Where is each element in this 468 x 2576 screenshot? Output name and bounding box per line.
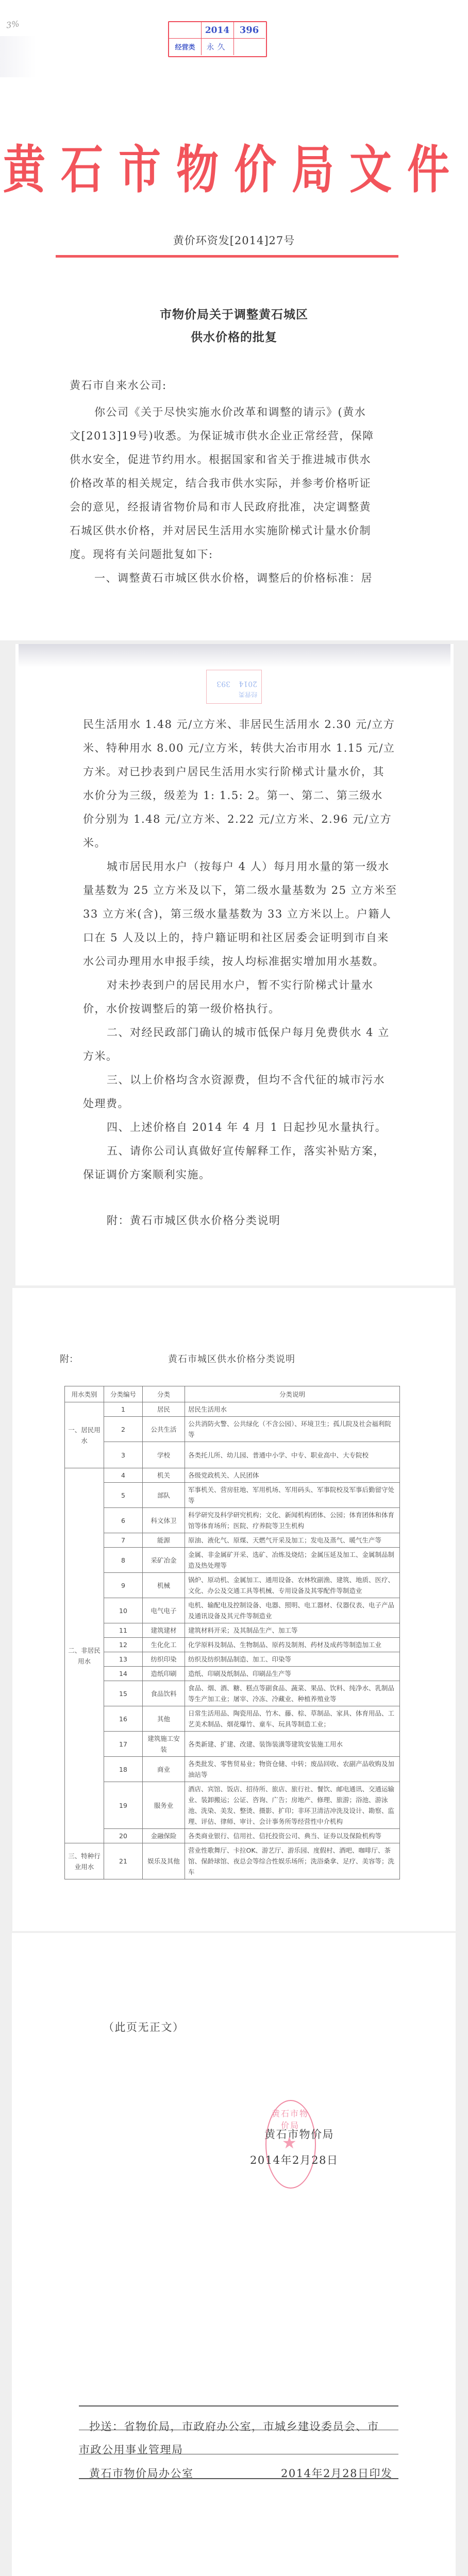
body-line: 价格改革的相关规定，结合我市供水实际，并参考价格听证 bbox=[70, 477, 371, 490]
faded-stamp-category: 经营类 bbox=[239, 690, 257, 699]
class-name: 学校 bbox=[143, 1442, 185, 1468]
class-number: 13 bbox=[104, 1652, 143, 1667]
archive-stamp-number: 396 bbox=[233, 22, 265, 39]
class-name: 部队 bbox=[143, 1483, 185, 1508]
body-line: 方米。 bbox=[83, 1049, 118, 1063]
class-name: 科文体卫 bbox=[143, 1508, 185, 1533]
table-row: 12 生化化工 化学原料及制品、生物制品、原药及制剂、药材及成药等制造加工业 bbox=[65, 1638, 400, 1652]
body-line: 二、对经民政部门确认的城市低保户每月免费供水 4 立 bbox=[107, 1026, 390, 1039]
table-row: 6 科文体卫 科学研究及科学研究机构；文化、新闻机构团体、公园；体育团体和体育馆… bbox=[65, 1508, 400, 1533]
document-page-1: 3% 2014 396 经营类 永久 黄石市物价局文件 黄价环资发[2014]2… bbox=[0, 0, 468, 640]
table-row: 8 采矿冶金 金属、非金属矿开采、选矿、冶炼及烧结；金属压延及加工、金属制品制造… bbox=[65, 1548, 400, 1573]
table-row: 二、非居民用水 4 机关 各级党政机关、人民团体 bbox=[65, 1468, 400, 1483]
class-description: 锅炉、原动机、金属加工、通用设备、农林牧副渔、建筑、地质、医疗、文化、办公及交通… bbox=[185, 1573, 400, 1598]
official-seal: ★ 黄石市物价局 bbox=[265, 2100, 316, 2189]
body-line: 处理费。 bbox=[83, 1097, 129, 1110]
class-number: 3 bbox=[104, 1442, 143, 1468]
class-name: 能源 bbox=[143, 1533, 185, 1548]
body-line: 价，水价按调整后的第一级价格执行。 bbox=[83, 1002, 280, 1015]
archive-stamp-category: 经营类 bbox=[169, 38, 202, 55]
archive-stamp-retention: 永久 bbox=[201, 38, 234, 55]
class-description: 居民生活用水 bbox=[185, 1402, 400, 1417]
class-name: 机关 bbox=[143, 1468, 185, 1483]
table-row: 16 其他 日常生活用品、陶瓷用品、竹木、藤、棕、草制品、家具、体育用品、工艺美… bbox=[65, 1706, 400, 1732]
body-line: 石城区供水价格，并对居民生活用水实施阶梯式计量水价制 bbox=[70, 524, 371, 537]
table-row: 3 学校 各类托儿所、幼儿园、普通中小学、中专、职业高中、大专院校 bbox=[65, 1442, 400, 1468]
table-row: 2 公共生活 公共消防火警、公共绿化（不含公园）、环境卫生；孤儿院及社会福利院等 bbox=[65, 1417, 400, 1442]
archive-stamp-year: 2014 bbox=[201, 22, 234, 39]
table-row: 18 商业 各类批发、零售贸易业；物资仓储、中转；废品回收、农副产品收购及加油站… bbox=[65, 1757, 400, 1782]
annex-label: 附： bbox=[60, 1352, 78, 1365]
salutation: 黄石市自来水公司: bbox=[70, 379, 167, 392]
table-row: 13 纺织印染 纺织及纺织制品制造、加工、印染等 bbox=[65, 1652, 400, 1667]
cc-rule bbox=[79, 2454, 398, 2454]
document-page-3: 附： 黄石市城区供水价格分类说明 用水类别 分类编号 分类 分类说明 一、居民用… bbox=[12, 1288, 456, 1931]
table-header-row: 用水类别 分类编号 分类 分类说明 bbox=[65, 1386, 400, 1402]
class-number: 12 bbox=[104, 1638, 143, 1652]
class-number: 18 bbox=[104, 1757, 143, 1782]
scan-shadow bbox=[19, 644, 450, 667]
document-page-4: （此页无正文） ★ 黄石市物价局 黄石市物价局 2014年2月28日 抄送：省物… bbox=[12, 1933, 456, 2576]
archive-stamp-cell-blank-2 bbox=[233, 38, 265, 55]
class-name: 生化化工 bbox=[143, 1638, 185, 1652]
body-line: 水价分为三级，级差为 1: 1.5: 2。第一、第二、第三级水 bbox=[83, 789, 383, 802]
body-line: 米、特种用水 8.00 元/立方米，转供大冶市用水 1.15 元/立 bbox=[83, 741, 395, 755]
class-description: 化学原料及制品、生物制品、原药及制剂、药材及成药等制造加工业 bbox=[185, 1638, 400, 1652]
class-name: 机械 bbox=[143, 1573, 185, 1598]
table-row: 一、居民用水 1 居民 居民生活用水 bbox=[65, 1402, 400, 1417]
body-line: 度。现将有关问题批复如下: bbox=[70, 548, 213, 561]
class-name: 居民 bbox=[143, 1402, 185, 1417]
table-row: 5 部队 军事机关、营房驻地、军用机场、军用码头、军事院校及军事后勤留守处等 bbox=[65, 1483, 400, 1508]
class-name: 纺织印染 bbox=[143, 1652, 185, 1667]
table-row: 10 电气电子 电机、输配电及控制设备、电器、照明、电工器材、仪器仪表、电子产品… bbox=[65, 1598, 400, 1623]
archive-stamp-cell-blank bbox=[169, 22, 202, 39]
class-number: 2 bbox=[104, 1417, 143, 1442]
class-name: 采矿冶金 bbox=[143, 1548, 185, 1573]
cc-bottom-rule bbox=[79, 2478, 398, 2479]
faded-stamp-number: 393 bbox=[216, 680, 230, 688]
body-line: 33 立方米(含)，第三级水量基数为 33 立方米以上。户籍人 bbox=[83, 907, 391, 921]
body-line: 你公司《关于尽快实施水价改革和调整的请示》(黄水 bbox=[94, 405, 366, 419]
body-line: 保证调价方案顺利实施。 bbox=[83, 1168, 211, 1181]
category-cell: 一、居民用水 bbox=[65, 1402, 104, 1468]
class-number: 4 bbox=[104, 1468, 143, 1483]
table-row: 20 金融保险 各类商业银行、信用社、信托投资公司、典当、证券以及保险机构等 bbox=[65, 1829, 400, 1843]
document-letterhead-title: 黄石市物价局文件 bbox=[0, 139, 468, 202]
class-description: 营业性歌舞厅、卡拉OK、游艺厅、游乐园、度假村、酒吧、咖啡厅、茶馆、保龄球馆、夜… bbox=[185, 1843, 400, 1879]
body-line: 一、调整黄石市城区供水价格，调整后的价格标准：居 bbox=[94, 571, 373, 585]
cc-top-rule bbox=[79, 2405, 398, 2406]
faded-archive-stamp: 2014 393 经营类 bbox=[206, 670, 262, 704]
table-row: 11 建筑建材 建筑材料开采；及其制品生产、加工等 bbox=[65, 1623, 400, 1638]
class-number: 1 bbox=[104, 1402, 143, 1417]
class-number: 7 bbox=[104, 1533, 143, 1548]
class-number: 8 bbox=[104, 1548, 143, 1573]
class-description: 电机、输配电及控制设备、电器、照明、电工器材、仪器仪表、电子产品及通讯设备及其元… bbox=[185, 1598, 400, 1623]
class-number: 15 bbox=[104, 1681, 143, 1706]
class-description: 食品、烟、酒、糖、糕点等副食品、蔬菜、果品、饮料、纯净水、乳制品等生产加工业；屠… bbox=[185, 1681, 400, 1706]
class-description: 公共消防火警、公共绿化（不含公园）、环境卫生；孤儿院及社会福利院等 bbox=[185, 1417, 400, 1442]
body-line: 口在 5 人及以上的，持户籍证明和社区居委会证明到市自来 bbox=[83, 931, 389, 944]
class-name: 服务业 bbox=[143, 1782, 185, 1829]
category-cell: 二、非居民用水 bbox=[65, 1468, 104, 1843]
cc-recipients-line-1: 抄送：省物价局，市政府办公室，市城乡建设委员会、市 bbox=[89, 2420, 379, 2433]
column-header: 用水类别 bbox=[65, 1386, 104, 1402]
annex-title: 黄石市城区供水价格分类说明 bbox=[168, 1352, 295, 1365]
class-description: 金属、非金属矿开采、选矿、冶炼及烧结；金属压延及加工、金属制品制造及热处理等 bbox=[185, 1548, 400, 1573]
table-row: 9 机械 锅炉、原动机、金属加工、通用设备、农林牧副渔、建筑、地质、医疗、文化、… bbox=[65, 1573, 400, 1598]
class-description: 纺织及纺织制品制造、加工、印染等 bbox=[185, 1652, 400, 1667]
class-description: 各类批发、零售贸易业；物资仓储、中转；废品回收、农副产品收购及加油站等 bbox=[185, 1757, 400, 1782]
table-row: 三、特种行业用水 21 娱乐及其他 营业性歌舞厅、卡拉OK、游艺厅、游乐园、度假… bbox=[65, 1843, 400, 1879]
class-description: 科学研究及科学研究机构；文化、新闻机构团体、公园；体育团体和体育馆等体育场所；医… bbox=[185, 1508, 400, 1533]
class-description: 各类托儿所、幼儿园、普通中小学、中专、职业高中、大专院校 bbox=[185, 1442, 400, 1468]
column-header: 分类编号 bbox=[104, 1386, 143, 1402]
class-number: 20 bbox=[104, 1829, 143, 1843]
cc-rule bbox=[79, 2430, 398, 2430]
document-heading-line-1: 市物价局关于调整黄石城区 bbox=[0, 305, 468, 322]
body-line: 五、请你公司认真做好宣传解释工作，落实补贴方案， bbox=[107, 1144, 385, 1158]
class-name: 金融保险 bbox=[143, 1829, 185, 1843]
table-row: 19 服务业 酒店、宾馆、饭店、招待所、旅店、旅行社、餐饮、邮电通讯、交通运输业… bbox=[65, 1782, 400, 1829]
class-description: 日常生活用品、陶瓷用品、竹木、藤、棕、草制品、家具、体育用品、工艺美术制品、烟花… bbox=[185, 1706, 400, 1732]
body-line: 四、上述价格自 2014 年 4 月 1 日起抄见水量执行。 bbox=[107, 1121, 387, 1134]
body-line: 量基数为 25 立方米及以下，第二级水量基数为 25 立方米至 bbox=[83, 884, 397, 897]
class-number: 5 bbox=[104, 1483, 143, 1508]
class-number: 17 bbox=[104, 1732, 143, 1757]
class-description: 军事机关、营房驻地、军用机场、军用码头、军事院校及军事后勤留守处等 bbox=[185, 1483, 400, 1508]
class-number: 6 bbox=[104, 1508, 143, 1533]
body-line: 文[2013]19号)收悉。为保证城市供水企业正常经营，保障 bbox=[70, 429, 374, 443]
body-line: 水公司办理用水申报手续，按人均标准据实增加用水基数。 bbox=[83, 955, 385, 968]
table-row: 7 能源 原油、液化气、原煤、天燃气开采及加工；发电及蒸气、暖气生产等 bbox=[65, 1533, 400, 1548]
class-description: 酒店、宾馆、饭店、招待所、旅店、旅行社、餐饮、邮电通讯、交通运输业、装卸搬运；公… bbox=[185, 1782, 400, 1829]
table-row: 17 建筑施工安装 各类新建、扩建、改建、装饰装潢等建筑安装施工用水 bbox=[65, 1732, 400, 1757]
class-description: 各类新建、扩建、改建、装饰装潢等建筑安装施工用水 bbox=[185, 1732, 400, 1757]
column-header: 分类说明 bbox=[185, 1386, 400, 1402]
class-name: 娱乐及其他 bbox=[143, 1843, 185, 1879]
document-heading-line-2: 供水价格的批复 bbox=[0, 328, 468, 345]
class-name: 商业 bbox=[143, 1757, 185, 1782]
body-line: 供水安全，促进节约用水。根据国家和省关于推进城市供水 bbox=[70, 453, 371, 466]
class-description: 原油、液化气、原煤、天燃气开采及加工；发电及蒸气、暖气生产等 bbox=[185, 1533, 400, 1548]
class-description: 造纸、印刷及纸制品、印刷品生产等 bbox=[185, 1667, 400, 1681]
class-name: 建筑施工安装 bbox=[143, 1732, 185, 1757]
document-number: 黄价环资发[2014]27号 bbox=[0, 232, 468, 248]
category-cell: 三、特种行业用水 bbox=[65, 1843, 104, 1879]
document-page-2: 2014 393 经营类 民生活用水 1.48 元/立方米、非居民生活用水 2.… bbox=[15, 644, 454, 1285]
class-number: 9 bbox=[104, 1573, 143, 1598]
class-number: 11 bbox=[104, 1623, 143, 1638]
class-description: 各类商业银行、信用社、信托投资公司、典当、证券以及保险机构等 bbox=[185, 1829, 400, 1843]
class-number: 16 bbox=[104, 1706, 143, 1732]
table-row: 15 食品饮料 食品、烟、酒、糖、糕点等副食品、蔬菜、果品、饮料、纯净水、乳制品… bbox=[65, 1681, 400, 1706]
class-name: 其他 bbox=[143, 1706, 185, 1732]
class-name: 造纸印刷 bbox=[143, 1667, 185, 1681]
body-line: 对未抄表到户的居民用水户，暂不实行阶梯式计量水 bbox=[107, 978, 374, 992]
class-name: 建筑建材 bbox=[143, 1623, 185, 1638]
body-line: 城市居民用水户（按每户 4 人）每月用水量的第一级水 bbox=[107, 860, 390, 873]
attachment-note: 附：黄石市城区供水价格分类说明 bbox=[107, 1214, 281, 1227]
table-row: 14 造纸印刷 造纸、印刷及纸制品、印刷品生产等 bbox=[65, 1667, 400, 1681]
signature-organization: 黄石市物价局 bbox=[264, 2128, 334, 2141]
class-number: 14 bbox=[104, 1667, 143, 1681]
body-line: 价分别为 1.48 元/立方米、2.22 元/立方米、2.96 元/立方 bbox=[83, 812, 392, 826]
class-name: 食品饮料 bbox=[143, 1681, 185, 1706]
class-number: 21 bbox=[104, 1843, 143, 1879]
column-header: 分类 bbox=[143, 1386, 185, 1402]
body-line: 会的意见，经报请省物价局和市人民政府批准，决定调整黄 bbox=[70, 500, 371, 514]
body-line: 三、以上价格均含水资源费，但均不含代征的城市污水 bbox=[107, 1073, 385, 1087]
class-description: 各级党政机关、人民团体 bbox=[185, 1468, 400, 1483]
body-line: 米。 bbox=[83, 836, 106, 850]
scan-artifact bbox=[0, 36, 36, 77]
no-text-note: （此页无正文） bbox=[103, 2021, 185, 2034]
water-price-classification-table: 用水类别 分类编号 分类 分类说明 一、居民用水 1 居民 居民生活用水 2 公… bbox=[64, 1386, 400, 1879]
cc-recipients-line-2: 市政公用事业管理局 bbox=[79, 2443, 183, 2456]
handwritten-margin-note: 3% bbox=[6, 19, 20, 30]
class-name: 电气电子 bbox=[143, 1598, 185, 1623]
faded-stamp-year: 2014 bbox=[239, 680, 257, 688]
class-number: 19 bbox=[104, 1782, 143, 1829]
signature-date: 2014年2月28日 bbox=[250, 2154, 339, 2167]
class-name: 公共生活 bbox=[143, 1417, 185, 1442]
body-line: 民生活用水 1.48 元/立方米、非居民生活用水 2.30 元/立方 bbox=[83, 718, 395, 731]
body-line: 方米。对已抄表到户居民生活用水实行阶梯式计量水价，其 bbox=[83, 765, 385, 778]
archive-stamp: 2014 396 经营类 永久 bbox=[168, 21, 267, 57]
class-description: 建筑材料开采；及其制品生产、加工等 bbox=[185, 1623, 400, 1638]
red-divider-rule bbox=[56, 255, 398, 258]
class-number: 10 bbox=[104, 1598, 143, 1623]
